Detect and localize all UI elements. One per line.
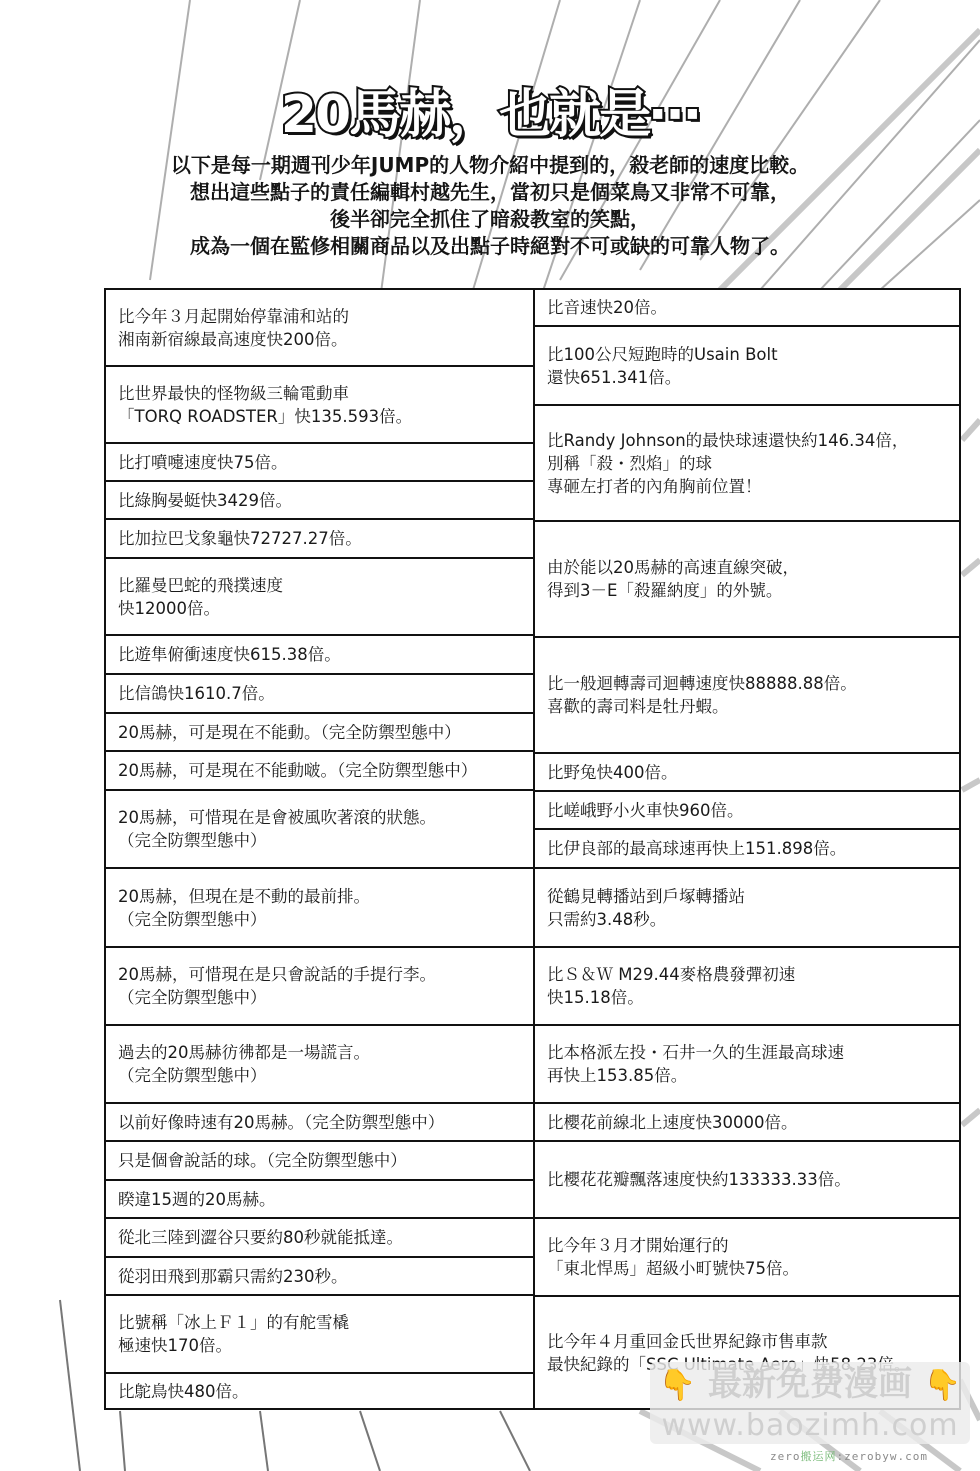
cell-text-line: （完全防禦型態中） xyxy=(118,1064,521,1087)
cell-text-line: 只是個會說話的球。（完全防禦型態中） xyxy=(118,1149,521,1172)
cell-text-line: 比一般迴轉壽司迴轉速度快88888.88倍。 xyxy=(547,672,949,695)
cell-text-line: 比加拉巴戈象龜快72727.27倍。 xyxy=(118,527,521,550)
cell-text-line: 20馬赫，可惜現在是只會說話的手提行李。 xyxy=(118,963,521,986)
cell-text-line: 極速快170倍。 xyxy=(118,1334,521,1357)
cell-text-line: 20馬赫，但現在是不動的最前排。 xyxy=(118,885,521,908)
cell-text-line: 別稱「殺・烈焰」的球 xyxy=(547,452,949,475)
table-cell: 比號稱「冰上Ｆ１」的有舵雪橇極速快170倍。 xyxy=(106,1296,533,1374)
cell-text-line: 20馬赫，可是現在不能動啵。（完全防禦型態中） xyxy=(118,759,521,782)
watermark-text: 最新免费漫画 xyxy=(708,1364,912,1404)
table-cell: 比一般迴轉壽司迴轉速度快88888.88倍。喜歡的壽司料是牡丹蝦。 xyxy=(535,638,961,754)
cell-text-line: 比音速快20倍。 xyxy=(547,296,949,319)
cell-text-line: 20馬赫，可惜現在是會被風吹著滾的狀態。 xyxy=(118,806,521,829)
intro-line: 成為一個在監修相關商品以及出點子時絕對不可或缺的可靠人物了。 xyxy=(0,233,980,260)
cell-text-line: 以前好像時速有20馬赫。（完全防禦型態中） xyxy=(118,1111,521,1134)
footer-prefix: zero xyxy=(770,1450,801,1463)
cell-text-line: 比世界最快的怪物級三輪電動車 xyxy=(118,382,521,405)
intro-line: 想出這些點子的責任編輯村越先生，當初只是個菜鳥又非常不可靠， xyxy=(0,179,980,206)
table-cell: 比遊隼俯衝速度快615.38倍。 xyxy=(106,636,533,675)
cell-text-line: 比打噴嚏速度快75倍。 xyxy=(118,451,521,474)
watermark-footer: zero搬运网:zerobyw.com xyxy=(770,1448,928,1464)
table-cell: 比加拉巴戈象龜快72727.27倍。 xyxy=(106,520,533,559)
table-cell: 比伊良部的最高球速再快上151.898倍。 xyxy=(535,830,961,869)
cell-text-line: 由於能以20馬赫的高速直線突破， xyxy=(547,556,949,579)
intro-line: 以下是每一期週刊少年JUMP的人物介紹中提到的，殺老師的速度比較。 xyxy=(0,152,980,179)
footer-middle: 搬运网 xyxy=(801,1450,837,1463)
cell-text-line: 比本格派左投・石井一久的生涯最高球速 xyxy=(547,1041,949,1064)
cell-text-line: 得到3－E「殺羅納度」的外號。 xyxy=(547,579,949,602)
table-cell: 比100公尺短跑時的Usain Bolt還快651.341倍。 xyxy=(535,327,961,406)
table-cell: 20馬赫，可惜現在是會被風吹著滾的狀態。（完全防禦型態中） xyxy=(106,791,533,869)
table-cell: 從羽田飛到那霸只需約230秒。 xyxy=(106,1258,533,1296)
cell-text-line: 比伊良部的最高球速再快上151.898倍。 xyxy=(547,837,949,860)
cell-text-line: 從北三陸到澀谷只要約80秒就能抵達。 xyxy=(118,1226,521,1249)
table-cell: 比Ｓ＆Ｗ M29.44麥格農發彈初速快15.18倍。 xyxy=(535,948,961,1026)
cell-text-line: 「TORQ ROADSTER」快135.593倍。 xyxy=(118,405,521,428)
watermark-line1: 👇 最新免费漫画 👇 xyxy=(650,1362,970,1408)
table-cell: 從北三陸到澀谷只要約80秒就能抵達。 xyxy=(106,1219,533,1258)
cell-text-line: 還快651.341倍。 xyxy=(547,366,949,389)
cell-text-line: 比號稱「冰上Ｆ１」的有舵雪橇 xyxy=(118,1311,521,1334)
cell-text-line: 專砸左打者的內角胸前位置！ xyxy=(547,475,949,498)
cell-text-line: 再快上153.85倍。 xyxy=(547,1064,949,1087)
table-cell: 比嵯峨野小火車快960倍。 xyxy=(535,792,961,830)
table-cell: 20馬赫，可是現在不能動啵。（完全防禦型態中） xyxy=(106,752,533,791)
table-column-left: 比今年３月起開始停靠浦和站的湘南新宿線最高速度快200倍。比世界最快的怪物級三輪… xyxy=(106,290,533,1408)
table-cell: 比Randy Johnson的最快球速還快約146.34倍，別稱「殺・烈焰」的球… xyxy=(535,406,961,522)
table-cell: 20馬赫，可惜現在是只會說話的手提行李。（完全防禦型態中） xyxy=(106,948,533,1026)
cell-text-line: 湘南新宿線最高速度快200倍。 xyxy=(118,328,521,351)
cell-text-line: （完全防禦型態中） xyxy=(118,908,521,931)
table-cell: 比音速快20倍。 xyxy=(535,290,961,327)
cell-text-line: 「東北悍馬」超級小町號快75倍。 xyxy=(547,1257,949,1280)
table-cell: 比羅曼巴蛇的飛撲速度快12000倍。 xyxy=(106,559,533,636)
speed-comparison-table: 比今年３月起開始停靠浦和站的湘南新宿線最高速度快200倍。比世界最快的怪物級三輪… xyxy=(104,288,961,1410)
table-cell: 比野兔快400倍。 xyxy=(535,754,961,792)
cell-text-line: 快15.18倍。 xyxy=(547,986,949,1009)
table-cell: 比信鴿快1610.7倍。 xyxy=(106,675,533,714)
cell-text-line: 喜歡的壽司料是牡丹蝦。 xyxy=(547,695,949,718)
cell-text-line: 比野兔快400倍。 xyxy=(547,761,949,784)
table-column-right: 比音速快20倍。比100公尺短跑時的Usain Bolt還快651.341倍。比… xyxy=(533,290,961,1408)
table-cell: 比櫻花前線北上速度快30000倍。 xyxy=(535,1104,961,1142)
table-cell: 比打噴嚏速度快75倍。 xyxy=(106,444,533,482)
cell-text-line: 只需約3.48秒。 xyxy=(547,908,949,931)
table-cell: 睽違15週的20馬赫。 xyxy=(106,1181,533,1219)
table-cell: 比今年３月起開始停靠浦和站的湘南新宿線最高速度快200倍。 xyxy=(106,290,533,367)
cell-text-line: 比Randy Johnson的最快球速還快約146.34倍， xyxy=(547,429,949,452)
cell-text-line: 20馬赫，可是現在不能動。（完全防禦型態中） xyxy=(118,721,521,744)
cell-text-line: 從羽田飛到那霸只需約230秒。 xyxy=(118,1265,521,1288)
table-cell: 比鴕鳥快480倍。 xyxy=(106,1374,533,1408)
cell-text-line: 快12000倍。 xyxy=(118,597,521,620)
table-cell: 從鶴見轉播站到戶塚轉播站只需約3.48秒。 xyxy=(535,869,961,948)
intro-text: 以下是每一期週刊少年JUMP的人物介紹中提到的，殺老師的速度比較。 想出這些點子… xyxy=(0,152,980,260)
cell-text-line: 比綠胸晏蜓快3429倍。 xyxy=(118,489,521,512)
page-title: 20馬赫，也就是⋯ xyxy=(0,72,980,147)
cell-text-line: （完全防禦型態中） xyxy=(118,986,521,1009)
table-cell: 比綠胸晏蜓快3429倍。 xyxy=(106,482,533,520)
cell-text-line: 比遊隼俯衝速度快615.38倍。 xyxy=(118,643,521,666)
watermark-url[interactable]: www.baozimh.com xyxy=(650,1408,970,1444)
cell-text-line: 比今年４月重回金氏世界紀錄市售車款 xyxy=(547,1330,949,1353)
watermark-banner[interactable]: 👇 最新免费漫画 👇 www.baozimh.com xyxy=(650,1362,970,1444)
cell-text-line: 比信鴿快1610.7倍。 xyxy=(118,682,521,705)
cell-text-line: 比100公尺短跑時的Usain Bolt xyxy=(547,343,949,366)
cell-text-line: 睽違15週的20馬赫。 xyxy=(118,1188,521,1211)
table-cell: 過去的20馬赫彷彿都是一場謊言。（完全防禦型態中） xyxy=(106,1026,533,1104)
table-cell: 20馬赫，可是現在不能動。（完全防禦型態中） xyxy=(106,714,533,752)
table-cell: 比世界最快的怪物級三輪電動車「TORQ ROADSTER」快135.593倍。 xyxy=(106,367,533,444)
cell-text-line: 過去的20馬赫彷彿都是一場謊言。 xyxy=(118,1041,521,1064)
table-cell: 比本格派左投・石井一久的生涯最高球速再快上153.85倍。 xyxy=(535,1026,961,1104)
table-cell: 比櫻花花瓣飄落速度快約133333.33倍。 xyxy=(535,1142,961,1219)
footer-suffix: :zerobyw.com xyxy=(837,1450,928,1463)
intro-line: 後半卻完全抓住了暗殺教室的笑點， xyxy=(0,206,980,233)
cell-text-line: 比櫻花前線北上速度快30000倍。 xyxy=(547,1111,949,1134)
cell-text-line: 比鴕鳥快480倍。 xyxy=(118,1380,521,1403)
cell-text-line: 比Ｓ＆Ｗ M29.44麥格農發彈初速 xyxy=(547,963,949,986)
cell-text-line: 從鶴見轉播站到戶塚轉播站 xyxy=(547,885,949,908)
cell-text-line: （完全防禦型態中） xyxy=(118,829,521,852)
cell-text-line: 比嵯峨野小火車快960倍。 xyxy=(547,799,949,822)
table-cell: 只是個會說話的球。（完全防禦型態中） xyxy=(106,1142,533,1181)
cell-text-line: 比今年３月起開始停靠浦和站的 xyxy=(118,305,521,328)
pointing-down-hand-icon: 👇 xyxy=(659,1368,696,1403)
pointing-down-hand-icon: 👇 xyxy=(924,1368,961,1403)
cell-text-line: 比櫻花花瓣飄落速度快約133333.33倍。 xyxy=(547,1168,949,1191)
table-cell: 比今年３月才開始運行的「東北悍馬」超級小町號快75倍。 xyxy=(535,1219,961,1297)
cell-text-line: 比今年３月才開始運行的 xyxy=(547,1234,949,1257)
table-cell: 由於能以20馬赫的高速直線突破，得到3－E「殺羅納度」的外號。 xyxy=(535,522,961,638)
cell-text-line: 比羅曼巴蛇的飛撲速度 xyxy=(118,574,521,597)
table-cell: 以前好像時速有20馬赫。（完全防禦型態中） xyxy=(106,1104,533,1142)
table-cell: 20馬赫，但現在是不動的最前排。（完全防禦型態中） xyxy=(106,869,533,948)
